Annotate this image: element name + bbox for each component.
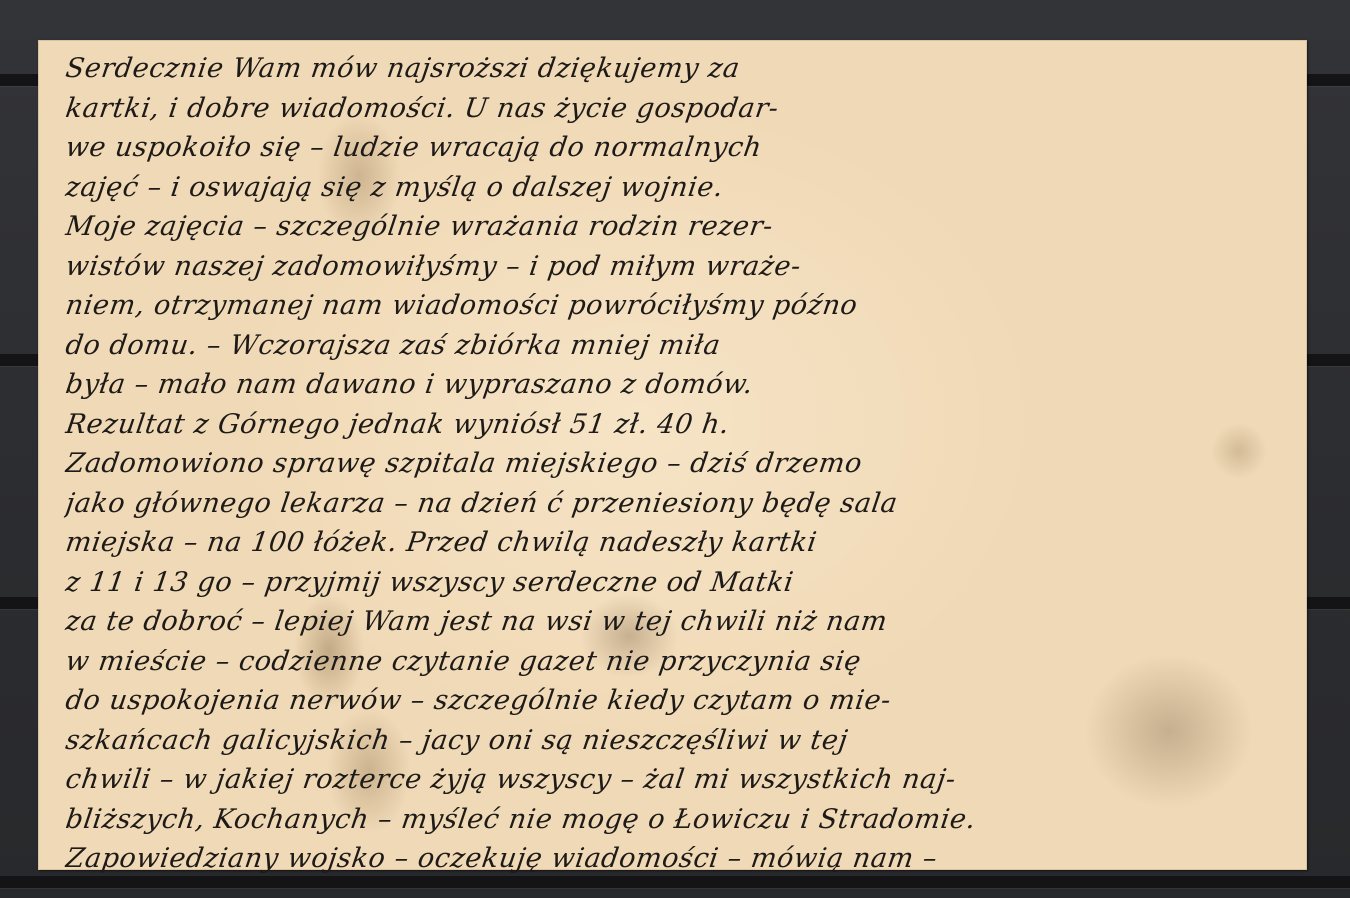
text-line: Zapowiedziany wojsko – oczekuję wiadomoś…: [63, 839, 1292, 879]
handwritten-text: Serdecznie Wam mów najsroższi dziękujemy…: [63, 49, 1286, 879]
text-line: wistów naszej zadomowiłyśmy – i pod miły…: [63, 247, 1292, 287]
text-line: Rezultat z Górnego jednak wyniósł 51 zł.…: [63, 405, 1292, 445]
text-line: za te dobroć – lepiej Wam jest na wsi w …: [63, 602, 1292, 642]
text-line: zajęć – i oswajają się z myślą o dalszej…: [63, 168, 1292, 208]
text-line: Serdecznie Wam mów najsroższi dziękujemy…: [63, 49, 1292, 89]
text-line: Zadomowiono sprawę szpitala miejskiego –…: [63, 444, 1292, 484]
text-line: we uspokoiło się – ludzie wracają do nor…: [63, 128, 1292, 168]
text-line: była – mało nam dawano i wypraszano z do…: [63, 365, 1292, 405]
text-line: bliższych, Kochanych – myśleć nie mogę o…: [63, 800, 1292, 840]
postcard: Serdecznie Wam mów najsroższi dziękujemy…: [38, 40, 1307, 870]
text-line: Moje zajęcia – szczególnie wrażania rodz…: [63, 207, 1292, 247]
text-line: do uspokojenia nerwów – szczególnie kied…: [63, 681, 1292, 721]
text-line: w mieście – codzienne czytanie gazet nie…: [63, 642, 1292, 682]
text-line: miejska – na 100 łóżek. Przed chwilą nad…: [63, 523, 1292, 563]
text-line: chwili – w jakiej rozterce żyją wszyscy …: [63, 760, 1292, 800]
text-line: do domu. – Wczorajsza zaś zbiórka mniej …: [63, 326, 1292, 366]
text-line: kartki, i dobre wiadomości. U nas życie …: [63, 89, 1292, 129]
text-line: z 11 i 13 go – przyjmij wszyscy serdeczn…: [63, 563, 1292, 603]
text-line: szkańcach galicyjskich – jacy oni są nie…: [63, 721, 1292, 761]
text-line: niem, otrzymanej nam wiadomości powrócił…: [63, 286, 1292, 326]
text-line: jako głównego lekarza – na dzień ć przen…: [63, 484, 1292, 524]
